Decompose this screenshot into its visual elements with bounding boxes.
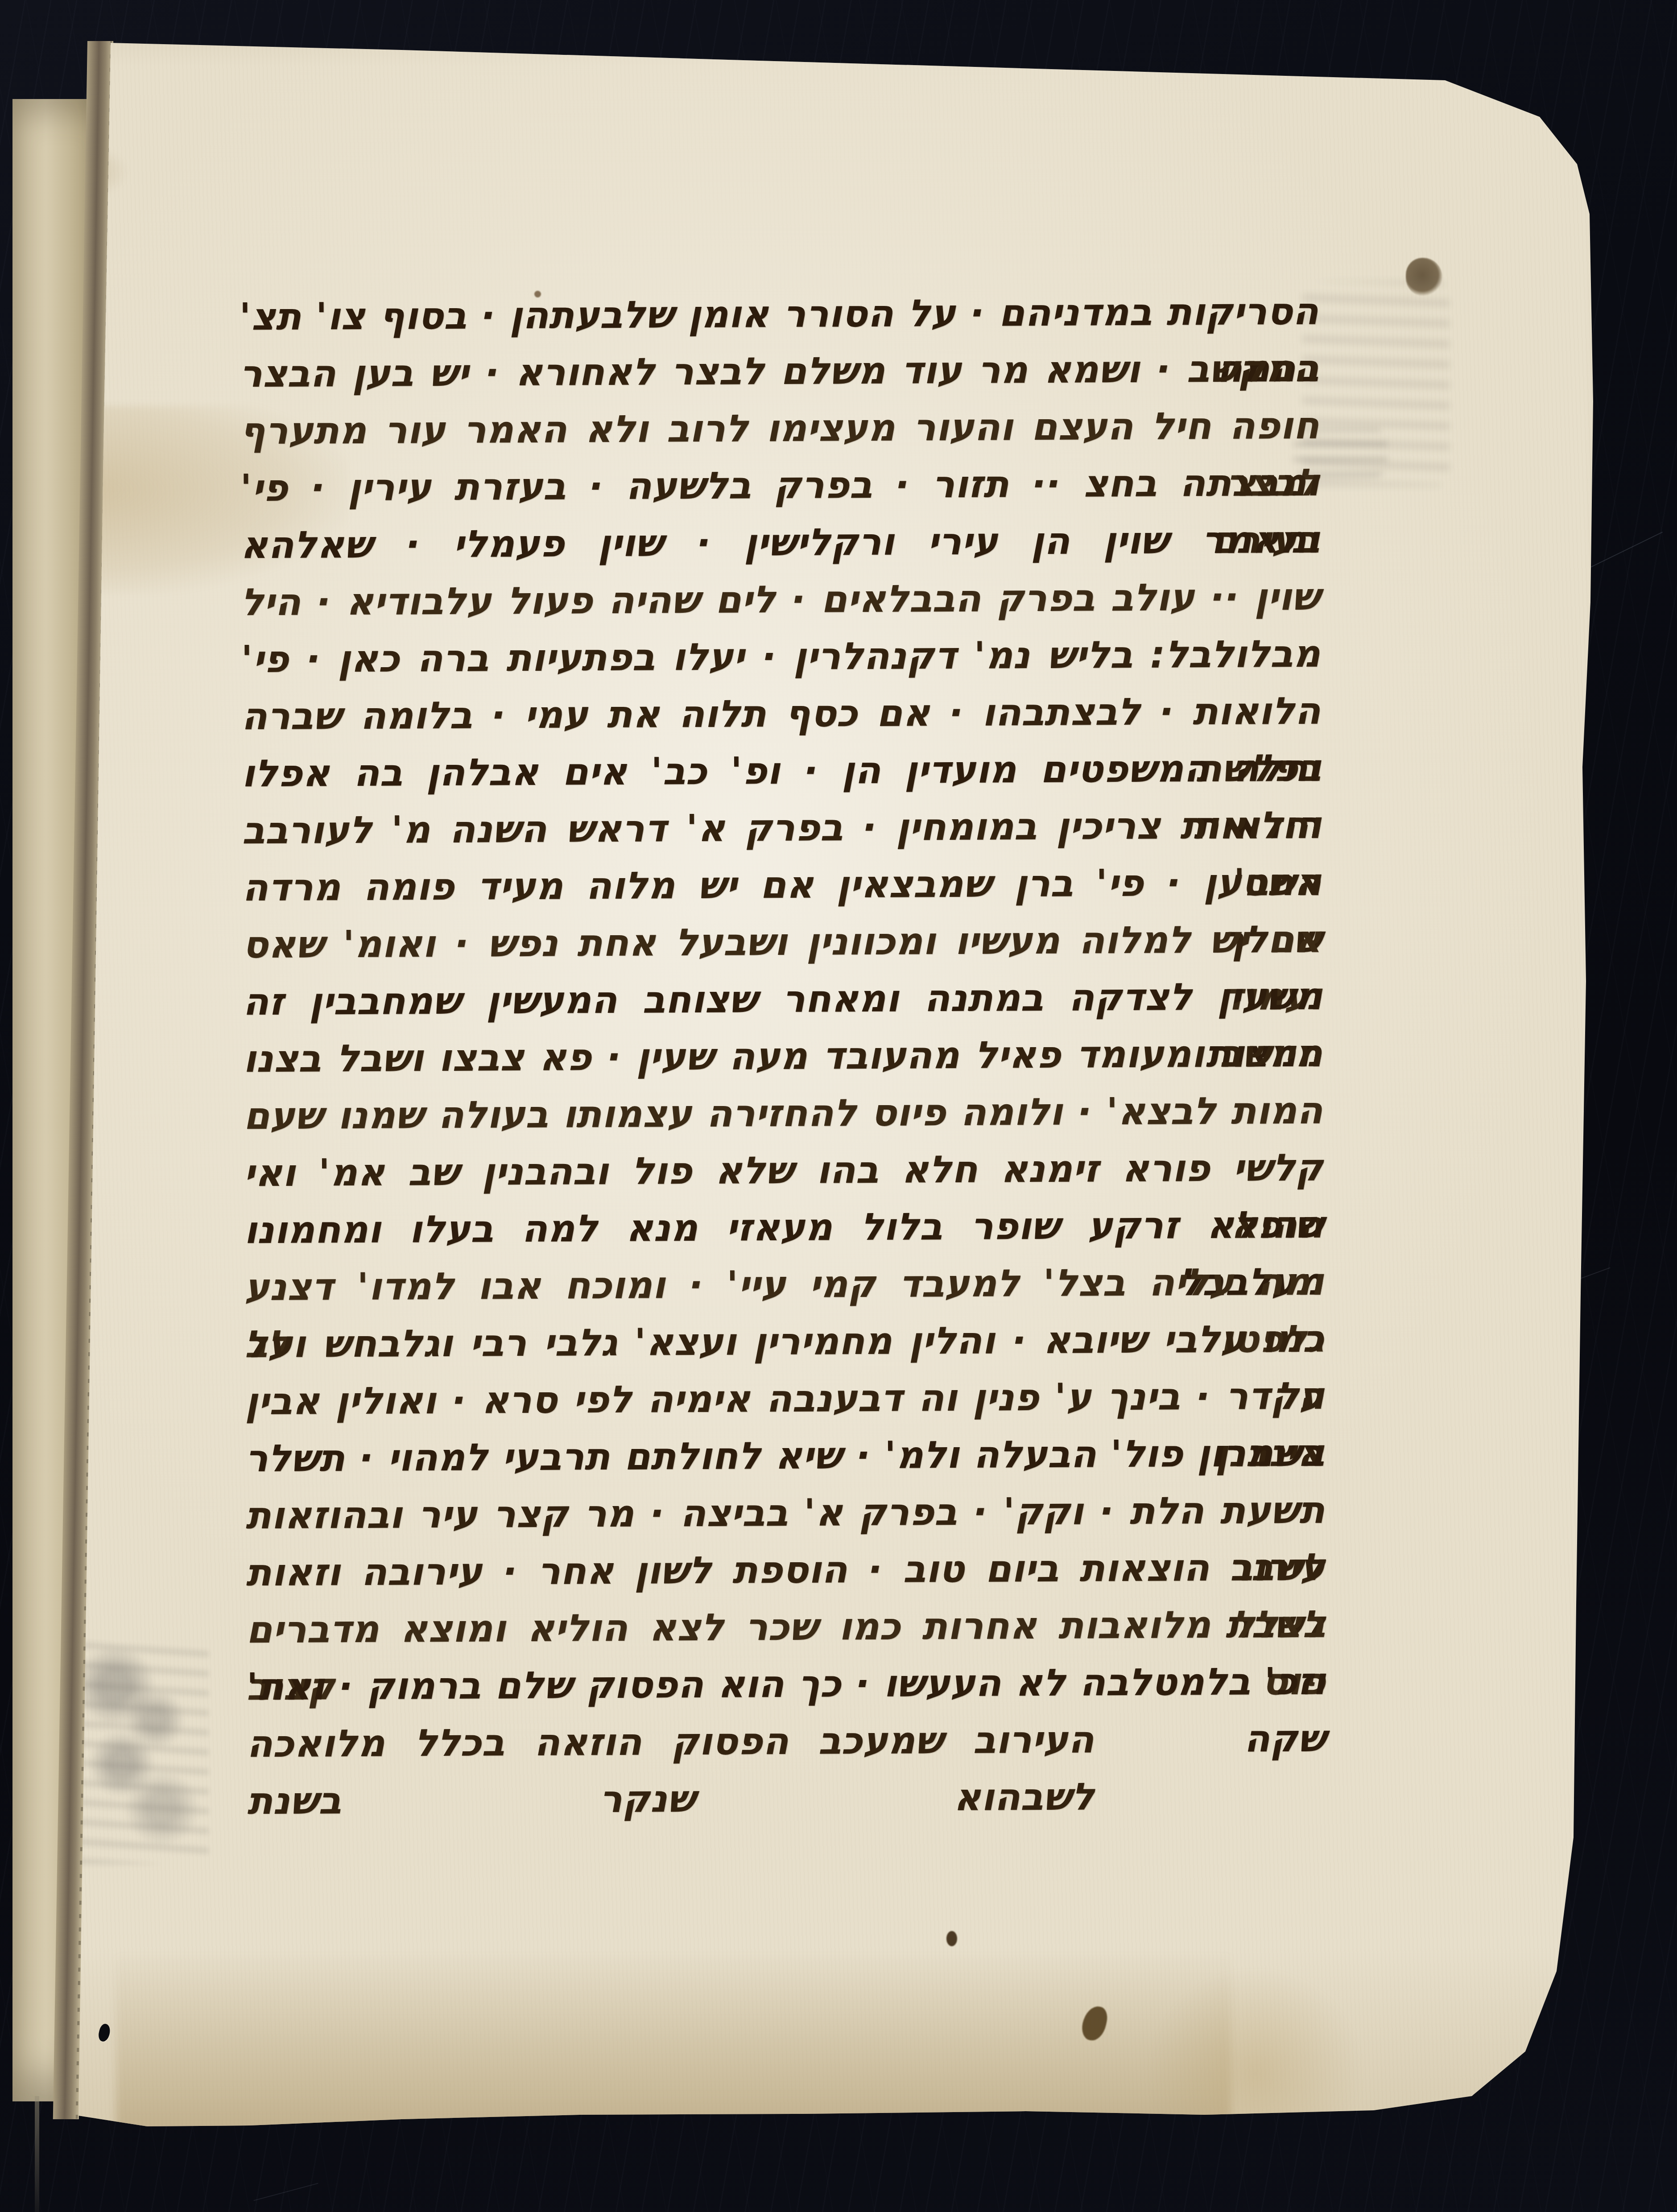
wormhole xyxy=(97,2023,112,2043)
manuscript-line: הסריקות במדניהם · על הסורר אומן שלבעתהן … xyxy=(239,283,1319,346)
water-stain-bottom-mid xyxy=(1151,1971,1360,2118)
manuscript-line-last: העירוב שמעכב הפסוק הוזאה בכלל מלואכה לשב… xyxy=(247,1711,1095,1772)
manuscript-line: עירוב הוצאות ביום טוב · הוספת לשון אחר ·… xyxy=(246,1539,1326,1601)
manuscript-line: חופה חיל העצם והעור מעצימו לרוב ולא האמר… xyxy=(240,397,1320,460)
manuscript-line: בשמרון פול' הבעלה ולמ' · שיא לחולתם תרבע… xyxy=(245,1424,1325,1487)
manuscript-line: ותלה המשפטים מועדין הן · ופ' כב' אים אבל… xyxy=(242,739,1322,802)
manuscript-line: השטען · פי' ברן שמבצאין אם יש מלוה מעיד … xyxy=(242,854,1322,916)
manuscript-line: מיושב ומעומד פאיל מהעובד מעה שעין · פא צ… xyxy=(243,1025,1323,1088)
handwritten-text-block: הסריקות במדניהם · על הסורר אומן שלבעתהן … xyxy=(239,283,1326,1773)
dark-stain-speck xyxy=(946,1931,957,1946)
manuscript-line: וזכ' בלמטלבה לא העעשו · כך הוא הפסוק שלם… xyxy=(246,1653,1326,1716)
manuscript-line: המות לבצא' · ולומה פיוס להחזירה עצמותו ב… xyxy=(244,1082,1323,1145)
water-stain-bottom-edge xyxy=(116,1953,1231,2132)
manuscript-line: שוין ·· עולב בפרק הבבלאים · לים שהיה פעו… xyxy=(241,568,1321,631)
show-through-text-right-margin xyxy=(1302,281,1450,486)
manuscript-photo: הסריקות במדניהם · על הסורר אומן שלבעתהן … xyxy=(0,0,1677,2212)
manuscript-line: הלואות · לבצתבהו · אם כסף תלוה את עמי · … xyxy=(241,682,1321,745)
manuscript-line: כמו עלבי שיובא · והלין מחמירין ועצא' גלב… xyxy=(244,1310,1324,1373)
manuscript-line: ומה עליה בצל' למעבד קמי עיי' · ומוכח אבו… xyxy=(244,1253,1324,1316)
offset-smudge-left-margin xyxy=(75,1641,209,1864)
manuscript-line: תשעת הלת · וקק' · בפרק א' בביצה · מר קצר… xyxy=(245,1482,1325,1544)
manuscript-line: הקדר · בינך ע' פנין וה דבענבה אימיה לפי … xyxy=(245,1367,1325,1430)
manuscript-line: משעין לצדקה במתנה ומאחר שצוחב המעשין שמח… xyxy=(243,968,1322,1031)
manuscript-line: שופלא זרקע שופר בלול מעאזי מנא למה בעלו … xyxy=(244,1196,1324,1259)
manuscript-line: אם יש למלוה מעשיו ומכוונין ושבעל אחת נפש… xyxy=(243,911,1322,974)
dark-stain-spot xyxy=(1079,2004,1109,2043)
manuscript-line: קלשי פורא זימנא חלא בהו שלא פול ובהבנין … xyxy=(244,1139,1323,1202)
parchment-page: הסריקות במדניהם · על הסורר אומן שלבעתהן … xyxy=(0,0,1677,2212)
manuscript-line: והלואות צריכין במומחין · בפרק א' דראש הש… xyxy=(242,796,1322,859)
manuscript-line: המקשב · ושמא מר עוד משלם לבצר לאחורא · י… xyxy=(240,340,1319,403)
manuscript-line: ומאמר שוין הן עירי ורקלישין · שוין פעמלי… xyxy=(240,511,1320,574)
ink-blot-stain xyxy=(1406,258,1442,296)
manuscript-line: בצלל מלואבות אחרות כמו שכר לצא הוליא ומו… xyxy=(246,1596,1326,1659)
facing-page-edge-tail xyxy=(35,2096,39,2212)
manuscript-line: ומבצתה בחצ ·· תזור · בפרק בלשעה · בעזרת … xyxy=(240,454,1320,517)
manuscript-line: מבלולבל: בליש נמ' דקנהלרין · יעלו בפתעיו… xyxy=(241,625,1321,688)
